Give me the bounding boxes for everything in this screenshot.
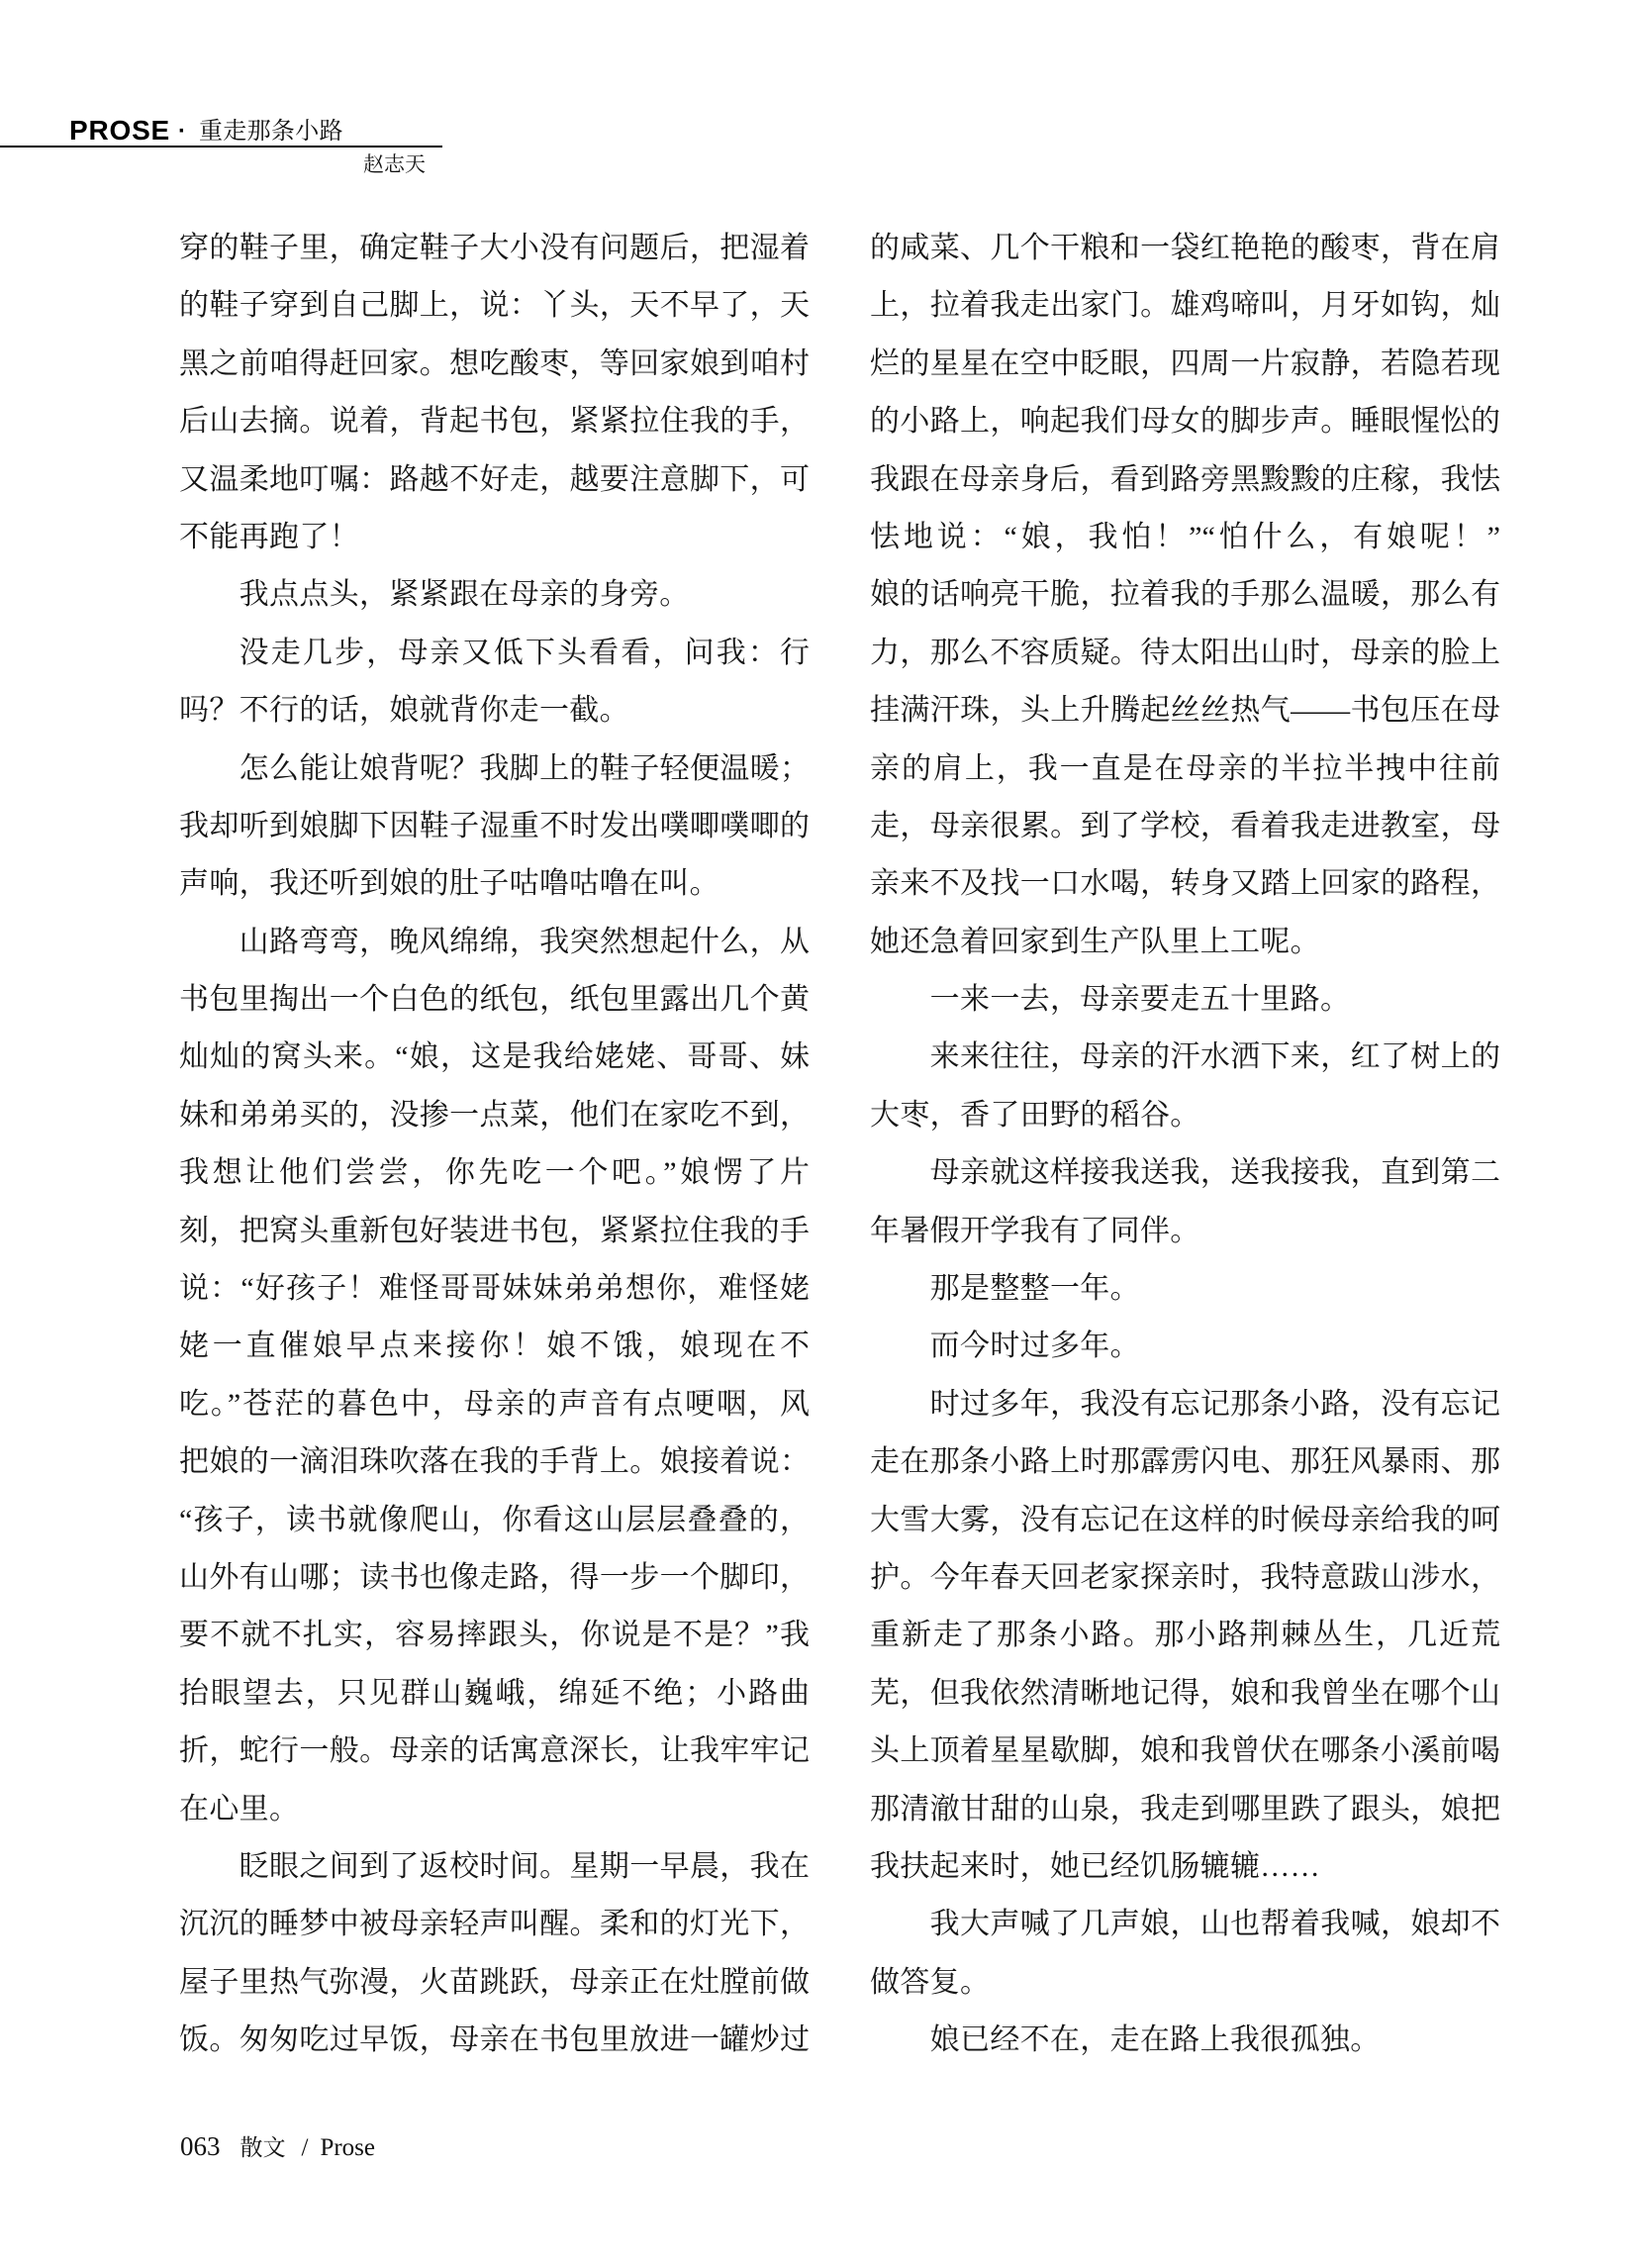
paragraph-start-line: 那是整整一年。 [870, 1260, 1500, 1318]
text-line: 我却听到娘脚下因鞋子湿重不时发出噗唧噗唧的 [179, 798, 810, 855]
magazine-name-english: Prose [320, 2134, 375, 2161]
text-line: 走在那条小路上时那霹雳闪电、那狂风暴雨、那 [870, 1433, 1500, 1491]
text-line: 抬眼望去，只见群山巍峨，绵延不绝；小路曲 [179, 1665, 810, 1723]
text-line: 挂满汗珠，头上升腾起丝丝热气——书包压在母 [870, 682, 1500, 740]
text-line: 黑之前咱得赶回家。想吃酸枣，等回家娘到咱村 [179, 336, 810, 393]
paragraph-start-line: 母亲就这样接我送我，送我接我，直到第二 [870, 1144, 1500, 1202]
text-line: 我扶起来时，她已经饥肠辘辘…… [870, 1838, 1500, 1896]
text-line: 饭。匆匆吃过早饭，母亲在书包里放进一罐炒过 [179, 2012, 810, 2069]
text-line: 上，拉着我走出家门。雄鸡啼叫，月牙如钩，灿 [870, 277, 1500, 335]
paragraph-start-line: 怎么能让娘背呢？我脚上的鞋子轻便温暖； [179, 740, 810, 798]
article-title: 重走那条小路 [199, 118, 343, 146]
text-line: 屋子里热气弥漫，火苗跳跃，母亲正在灶膛前做 [179, 1954, 810, 2012]
magazine-name-chinese: 散文 [240, 2135, 286, 2160]
text-line: 又温柔地叮嘱：路越不好走，越要注意脚下，可 [179, 451, 810, 509]
paragraph-start-line: 而今时过多年。 [870, 1318, 1500, 1375]
text-line: 穿的鞋子里，确定鞋子大小没有问题后，把湿着 [179, 220, 810, 277]
text-line: 那清澈甘甜的山泉，我走到哪里跌了跟头，娘把 [870, 1781, 1500, 1838]
header-rule-divider [0, 146, 442, 148]
text-line: 娘的话响亮干脆，拉着我的手那么温暖，那么有 [870, 566, 1500, 624]
paragraph-start-line: 时过多年，我没有忘记那条小路，没有忘记 [870, 1376, 1500, 1433]
text-line: 刻，把窝头重新包好装进书包，紧紧拉住我的手 [179, 1203, 810, 1260]
paragraph-start-line: 眨眼之间到了返校时间。星期一早晨，我在 [179, 1838, 810, 1896]
text-line: 头上顶着星星歇脚，娘和我曾伏在哪条小溪前喝 [870, 1723, 1500, 1780]
text-line: 她还急着回家到生产队里上工呢。 [870, 914, 1500, 971]
right-column: 的咸菜、几个干粮和一袋红艳艳的酸枣，背在肩 上，拉着我走出家门。雄鸡啼叫，月牙如… [870, 220, 1500, 2070]
text-line: 烂的星星在空中眨眼，四周一片寂静，若隐若现 [870, 336, 1500, 393]
text-line: 芜，但我依然清晰地记得，娘和我曾坐在哪个山 [870, 1665, 1500, 1723]
paragraph-start-line: 娘已经不在，走在路上我很孤独。 [870, 2012, 1500, 2069]
text-line: 后山去摘。说着，背起书包，紧紧拉住我的手， [179, 393, 810, 450]
text-line: 书包里掏出一个白色的纸包，纸包里露出几个黄 [179, 971, 810, 1029]
text-line: 妹和弟弟买的，没掺一点菜，他们在家吃不到， [179, 1087, 810, 1144]
paragraph-start-line: 我大声喊了几声娘，山也帮着我喊，娘却不 [870, 1896, 1500, 1953]
text-line: 要不就不扎实，容易摔跟头，你说是不是？”我 [179, 1607, 810, 1664]
text-line: 的小路上，响起我们母女的脚步声。睡眼惺忪的 [870, 393, 1500, 450]
text-line: “孩子，读书就像爬山，你看这山层层叠叠的， [179, 1492, 810, 1549]
text-line: 护。今年春天回老家探亲时，我特意跋山涉水， [870, 1549, 1500, 1607]
text-line: 的咸菜、几个干粮和一袋红艳艳的酸枣，背在肩 [870, 220, 1500, 277]
text-line: 姥一直催娘早点来接你！娘不饿，娘现在不 [179, 1318, 810, 1375]
text-line: 说：“好孩子！难怪哥哥妹妹弟弟想你，难怪姥 [179, 1260, 810, 1318]
title-separator: · [178, 118, 186, 146]
text-line: 我想让他们尝尝，你先吃一个吧。”娘愣了片 [179, 1144, 810, 1202]
text-line: 力，那么不容质疑。待太阳出山时，母亲的脸上 [870, 625, 1500, 682]
page-number: 063 [180, 2131, 221, 2161]
text-line: 沉沉的睡梦中被母亲轻声叫醒。柔和的灯光下， [179, 1896, 810, 1953]
paragraph-start-line: 山路弯弯，晚风绵绵，我突然想起什么，从 [179, 914, 810, 971]
text-line: 亲来不及找一口水喝，转身又踏上回家的路程， [870, 855, 1500, 913]
text-line: 声响，我还听到娘的肚子咕噜咕噜在叫。 [179, 855, 810, 913]
text-line: 做答复。 [870, 1954, 1500, 2012]
text-line: 亲的肩上，我一直是在母亲的半拉半拽中往前 [870, 740, 1500, 798]
page-footer: 063 散文 / Prose [180, 2131, 375, 2161]
left-column: 穿的鞋子里，确定鞋子大小没有问题后，把湿着 的鞋子穿到自己脚上，说：丫头，天不早… [179, 220, 810, 2070]
text-line: 吗？不行的话，娘就背你走一截。 [179, 682, 810, 740]
text-line: 山外有山哪；读书也像走路，得一步一个脚印， [179, 1549, 810, 1607]
text-line: 吃。”苍茫的暮色中，母亲的声音有点哽咽，风 [179, 1376, 810, 1433]
text-line: 走，母亲很累。到了学校，看着我走进教室，母 [870, 798, 1500, 855]
text-line: 重新走了那条小路。那小路荆棘丛生，几近荒 [870, 1607, 1500, 1664]
text-line: 大雪大雾，没有忘记在这样的时候母亲给我的呵 [870, 1492, 1500, 1549]
text-line: 把娘的一滴泪珠吹落在我的手背上。娘接着说： [179, 1433, 810, 1491]
text-line: 我跟在母亲身后，看到路旁黑黢黢的庄稼，我怯 [870, 451, 1500, 509]
paragraph-start-line: 我点点头，紧紧跟在母亲的身旁。 [179, 566, 810, 624]
text-line: 不能再跑了！ [179, 509, 810, 566]
text-line: 大枣，香了田野的稻谷。 [870, 1087, 1500, 1144]
text-line: 折，蛇行一般。母亲的话寓意深长，让我牢牢记 [179, 1723, 810, 1780]
text-line: 在心里。 [179, 1781, 810, 1838]
section-label: PROSE [69, 117, 170, 145]
footer-divider: / [302, 2134, 309, 2161]
text-line: 年暑假开学我有了同伴。 [870, 1203, 1500, 1260]
text-line: 怯地说：“娘，我怕！”“怕什么，有娘呢！” [870, 509, 1500, 566]
paragraph-start-line: 没走几步，母亲又低下头看看，问我：行 [179, 625, 810, 682]
text-line: 的鞋子穿到自己脚上，说：丫头，天不早了，天 [179, 277, 810, 335]
paragraph-start-line: 来来往往，母亲的汗水洒下来，红了树上的 [870, 1029, 1500, 1086]
text-line: 灿灿的窝头来。“娘，这是我给姥姥、哥哥、妹 [179, 1029, 810, 1086]
author-name: 赵志天 [363, 153, 426, 177]
paragraph-start-line: 一来一去，母亲要走五十里路。 [870, 971, 1500, 1029]
